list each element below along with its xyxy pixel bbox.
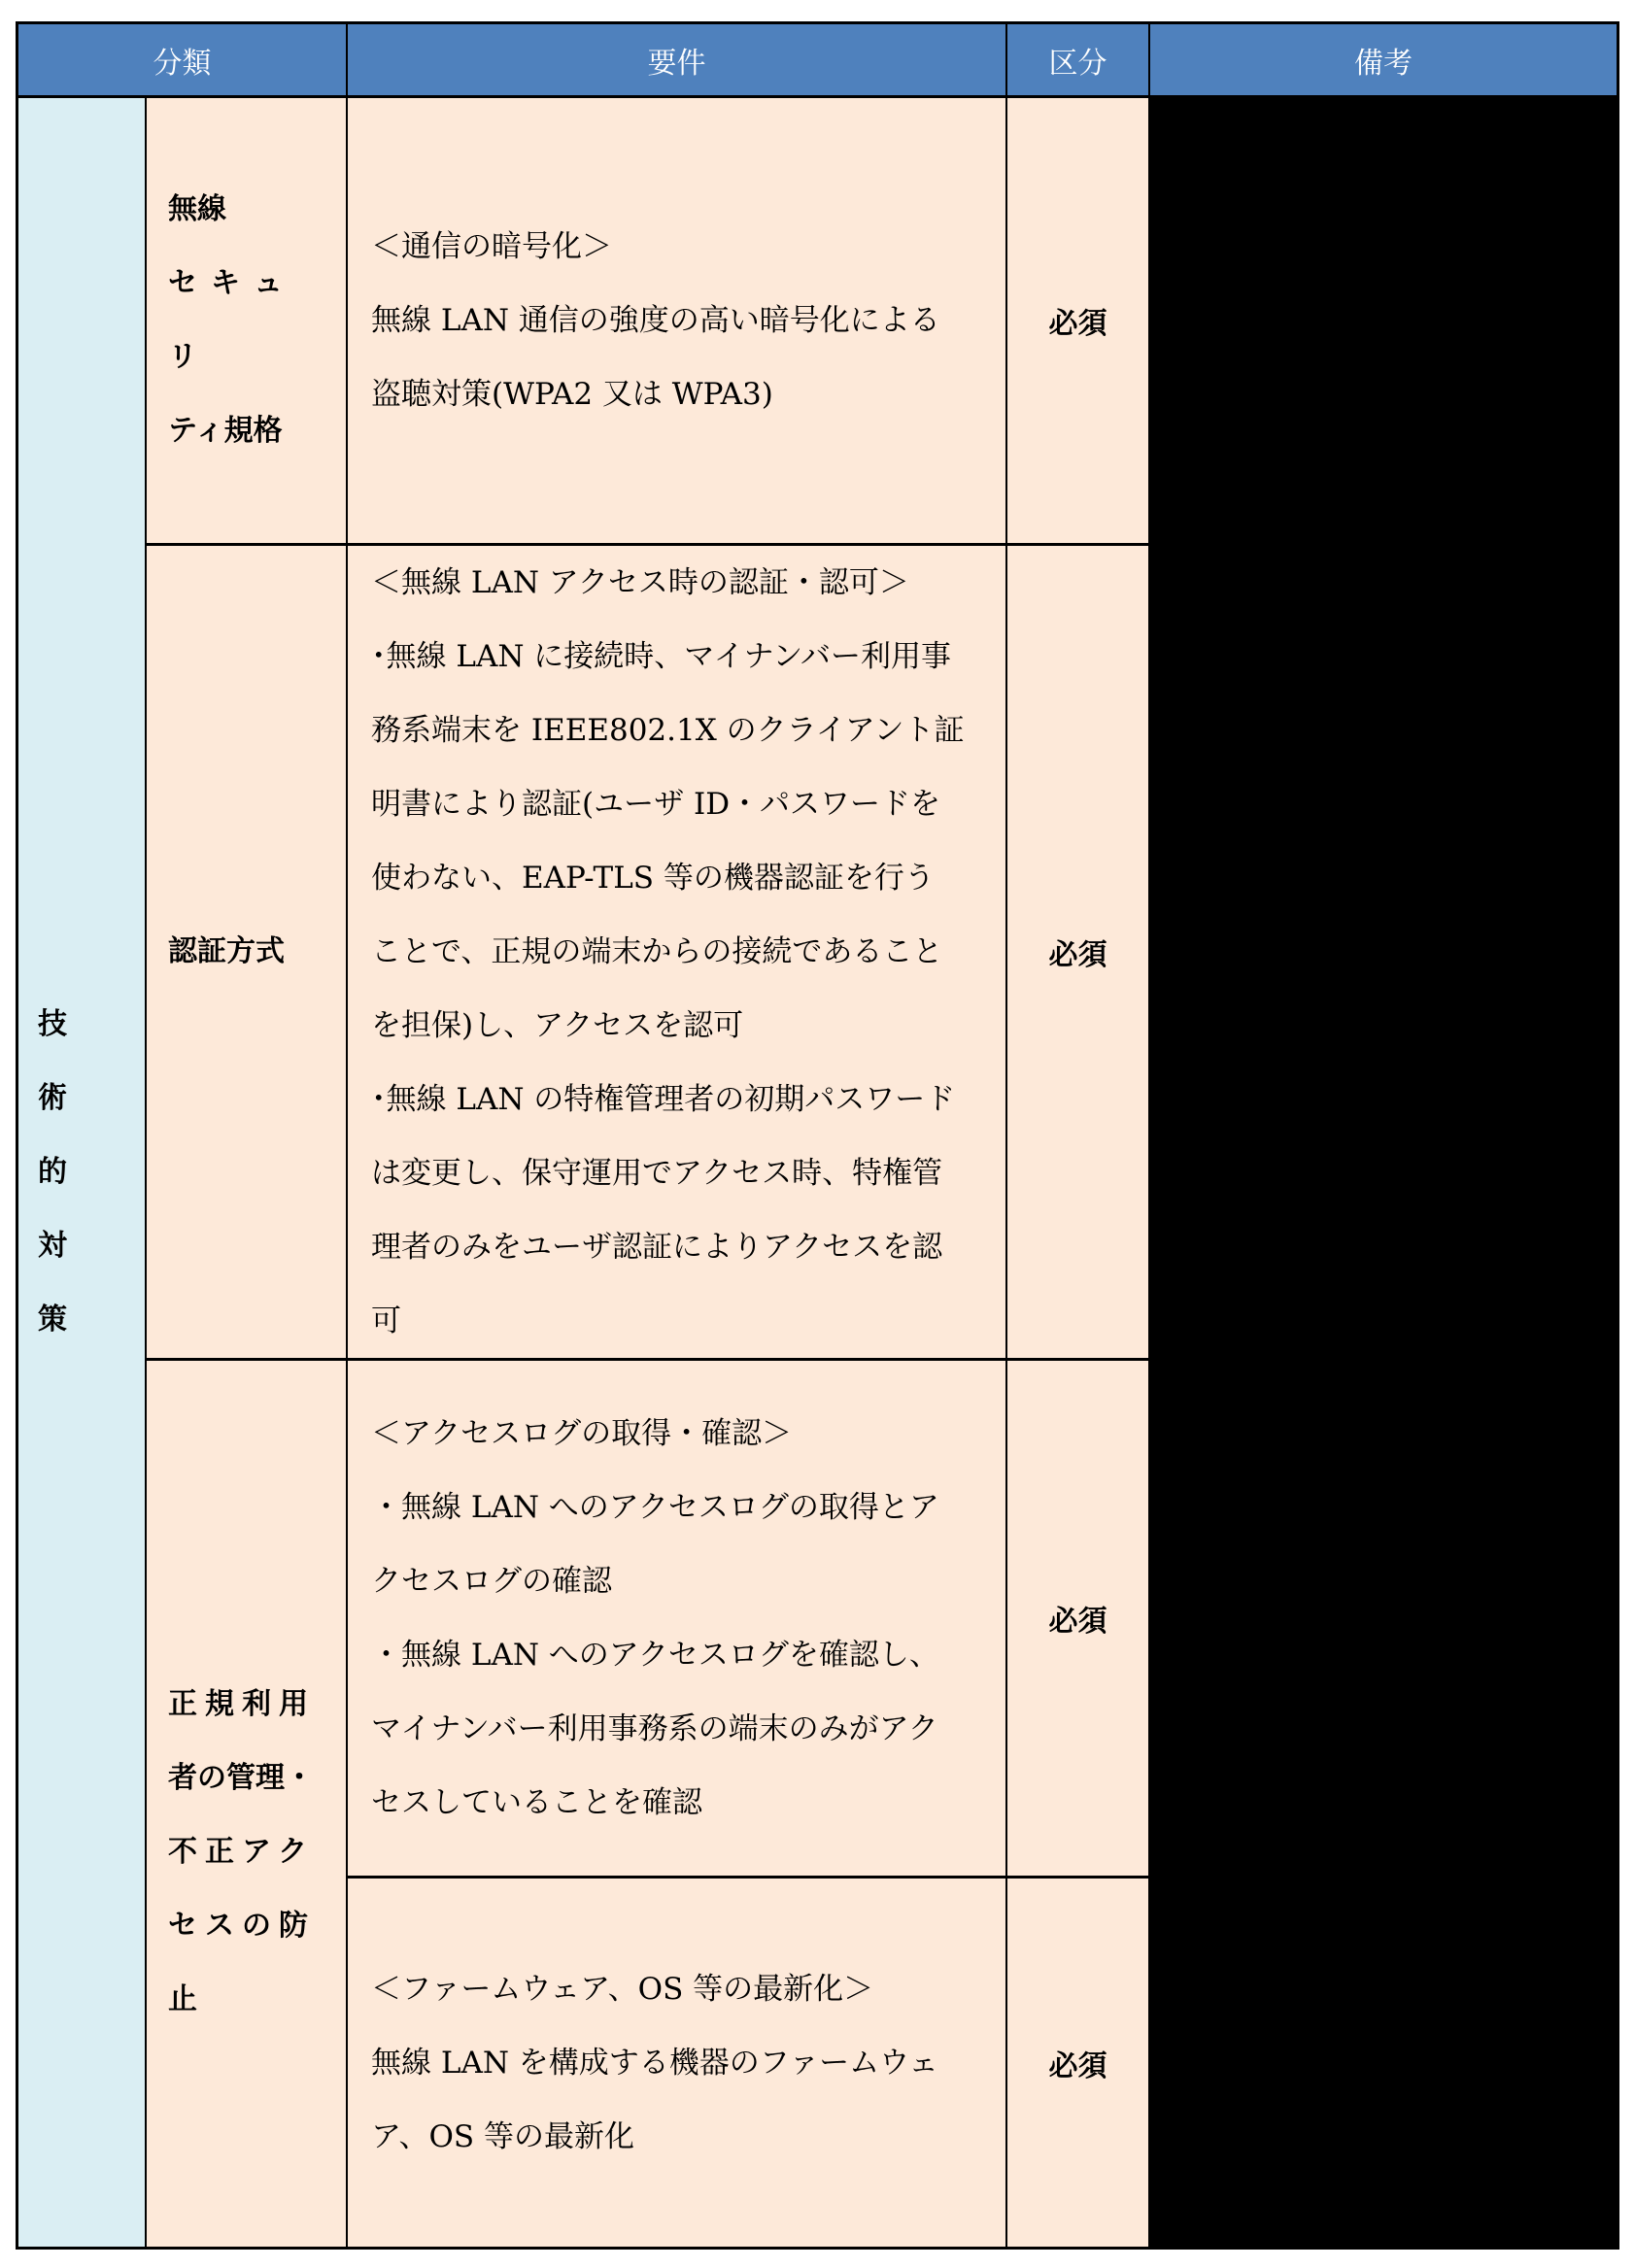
- classification-badge: 必須: [1049, 1597, 1107, 1640]
- requirement-line: ・無線 LAN へのアクセスログを確認し、: [371, 1618, 990, 1692]
- requirement-line: 無線 LAN 通信の強度の高い暗号化による: [371, 284, 990, 357]
- requirement-cell-3: ＜アクセスログの取得・確認＞ ・無線 LAN へのアクセスログの取得とア クセス…: [348, 1361, 1007, 1879]
- subcategory-line: ティ規格: [168, 394, 332, 468]
- subcategory-cell-2: 認証方式: [147, 546, 348, 1361]
- subcategory-cell-3: 正規利用 者の管理・ 不正アク セスの防 止: [147, 1361, 348, 2247]
- subcategory-line: セキュリ: [168, 247, 332, 394]
- requirement-line: セスしていることを確認: [371, 1766, 990, 1840]
- classification-badge: 必須: [1049, 299, 1107, 342]
- requirement-cell-2: ＜無線 LAN アクセス時の認証・認可＞ ･無線 LAN に接続時、マイナンバー…: [348, 546, 1007, 1361]
- main-category-line: 策: [38, 1283, 145, 1357]
- requirement-line: 明書により認証(ユーザ ID・パスワードを: [371, 767, 990, 841]
- requirements-table: 分類 要件 区分 備考 技 術 的 対 策 無線 セキュリ ティ規格 ＜通信の暗…: [16, 21, 1619, 2250]
- requirement-line: ＜通信の暗号化＞: [371, 210, 990, 284]
- requirement-line: を担保)し、アクセスを認可: [371, 989, 990, 1063]
- requirement-line: は変更し、保守運用でアクセス時、特権管: [371, 1136, 990, 1210]
- classification-badge: 必須: [1049, 2042, 1107, 2084]
- header-classification: 区分: [1007, 24, 1150, 98]
- requirement-cell-1: ＜通信の暗号化＞ 無線 LAN 通信の強度の高い暗号化による 盗聴対策(WPA2…: [348, 98, 1007, 546]
- main-category-cell: 技 術 的 対 策: [18, 98, 147, 2247]
- requirement-line: 務系端末を IEEE802.1X のクライアント証: [371, 694, 990, 767]
- classification-cell-2: 必須: [1007, 546, 1150, 1361]
- requirement-line: 無線 LAN を構成する機器のファームウェ: [371, 2026, 990, 2100]
- requirement-line: ･無線 LAN に接続時、マイナンバー利用事: [371, 620, 990, 694]
- requirement-cell-4: ＜ファームウェア、OS 等の最新化＞ 無線 LAN を構成する機器のファームウェ…: [348, 1879, 1007, 2247]
- requirement-line: 可: [371, 1284, 990, 1358]
- requirement-line: ＜無線 LAN アクセス時の認証・認可＞: [371, 546, 990, 620]
- header-requirement: 要件: [348, 24, 1007, 98]
- requirement-line: ＜アクセスログの取得・確認＞: [371, 1397, 990, 1471]
- requirement-line: マイナンバー利用事務系の端末のみがアク: [371, 1692, 990, 1766]
- subcategory-cell-1: 無線 セキュリ ティ規格: [147, 98, 348, 546]
- header-requirement-label: 要件: [648, 39, 706, 82]
- requirement-line: 理者のみをユーザ認証によりアクセスを認: [371, 1210, 990, 1284]
- classification-badge: 必須: [1049, 931, 1107, 973]
- subcategory-line: 認証方式: [168, 915, 332, 989]
- subcategory-line: 者の管理・: [168, 1742, 332, 1815]
- header-remarks-label: 備考: [1354, 39, 1413, 82]
- requirement-line: ア、OS 等の最新化: [371, 2100, 990, 2174]
- subcategory-line: セスの防: [168, 1889, 332, 1963]
- requirement-line: クセスログの確認: [371, 1544, 990, 1618]
- requirement-line: ･無線 LAN の特権管理者の初期パスワード: [371, 1063, 990, 1136]
- requirement-line: ことで、正規の端末からの接続であること: [371, 915, 990, 989]
- classification-cell-1: 必須: [1007, 98, 1150, 546]
- header-category: 分類: [18, 24, 348, 98]
- main-category-line: 的 対: [38, 1135, 145, 1283]
- classification-cell-4: 必須: [1007, 1879, 1150, 2247]
- subcategory-line: 止: [168, 1963, 332, 2037]
- header-classification-label: 区分: [1049, 39, 1107, 82]
- requirement-line: 盗聴対策(WPA2 又は WPA3): [371, 357, 990, 431]
- classification-cell-3: 必須: [1007, 1361, 1150, 1879]
- requirement-line: ＜ファームウェア、OS 等の最新化＞: [371, 1952, 990, 2026]
- subcategory-line: 正規利用: [168, 1668, 332, 1742]
- requirement-line: 使わない、EAP-TLS 等の機器認証を行う: [371, 841, 990, 915]
- header-category-label: 分類: [153, 39, 212, 82]
- subcategory-line: 不正アク: [168, 1815, 332, 1889]
- main-category-line: 技 術: [38, 988, 145, 1135]
- subcategory-line: 無線: [168, 173, 332, 247]
- remarks-redacted-cell: [1150, 98, 1617, 2247]
- header-remarks: 備考: [1150, 24, 1617, 98]
- requirement-line: ・無線 LAN へのアクセスログの取得とア: [371, 1471, 990, 1544]
